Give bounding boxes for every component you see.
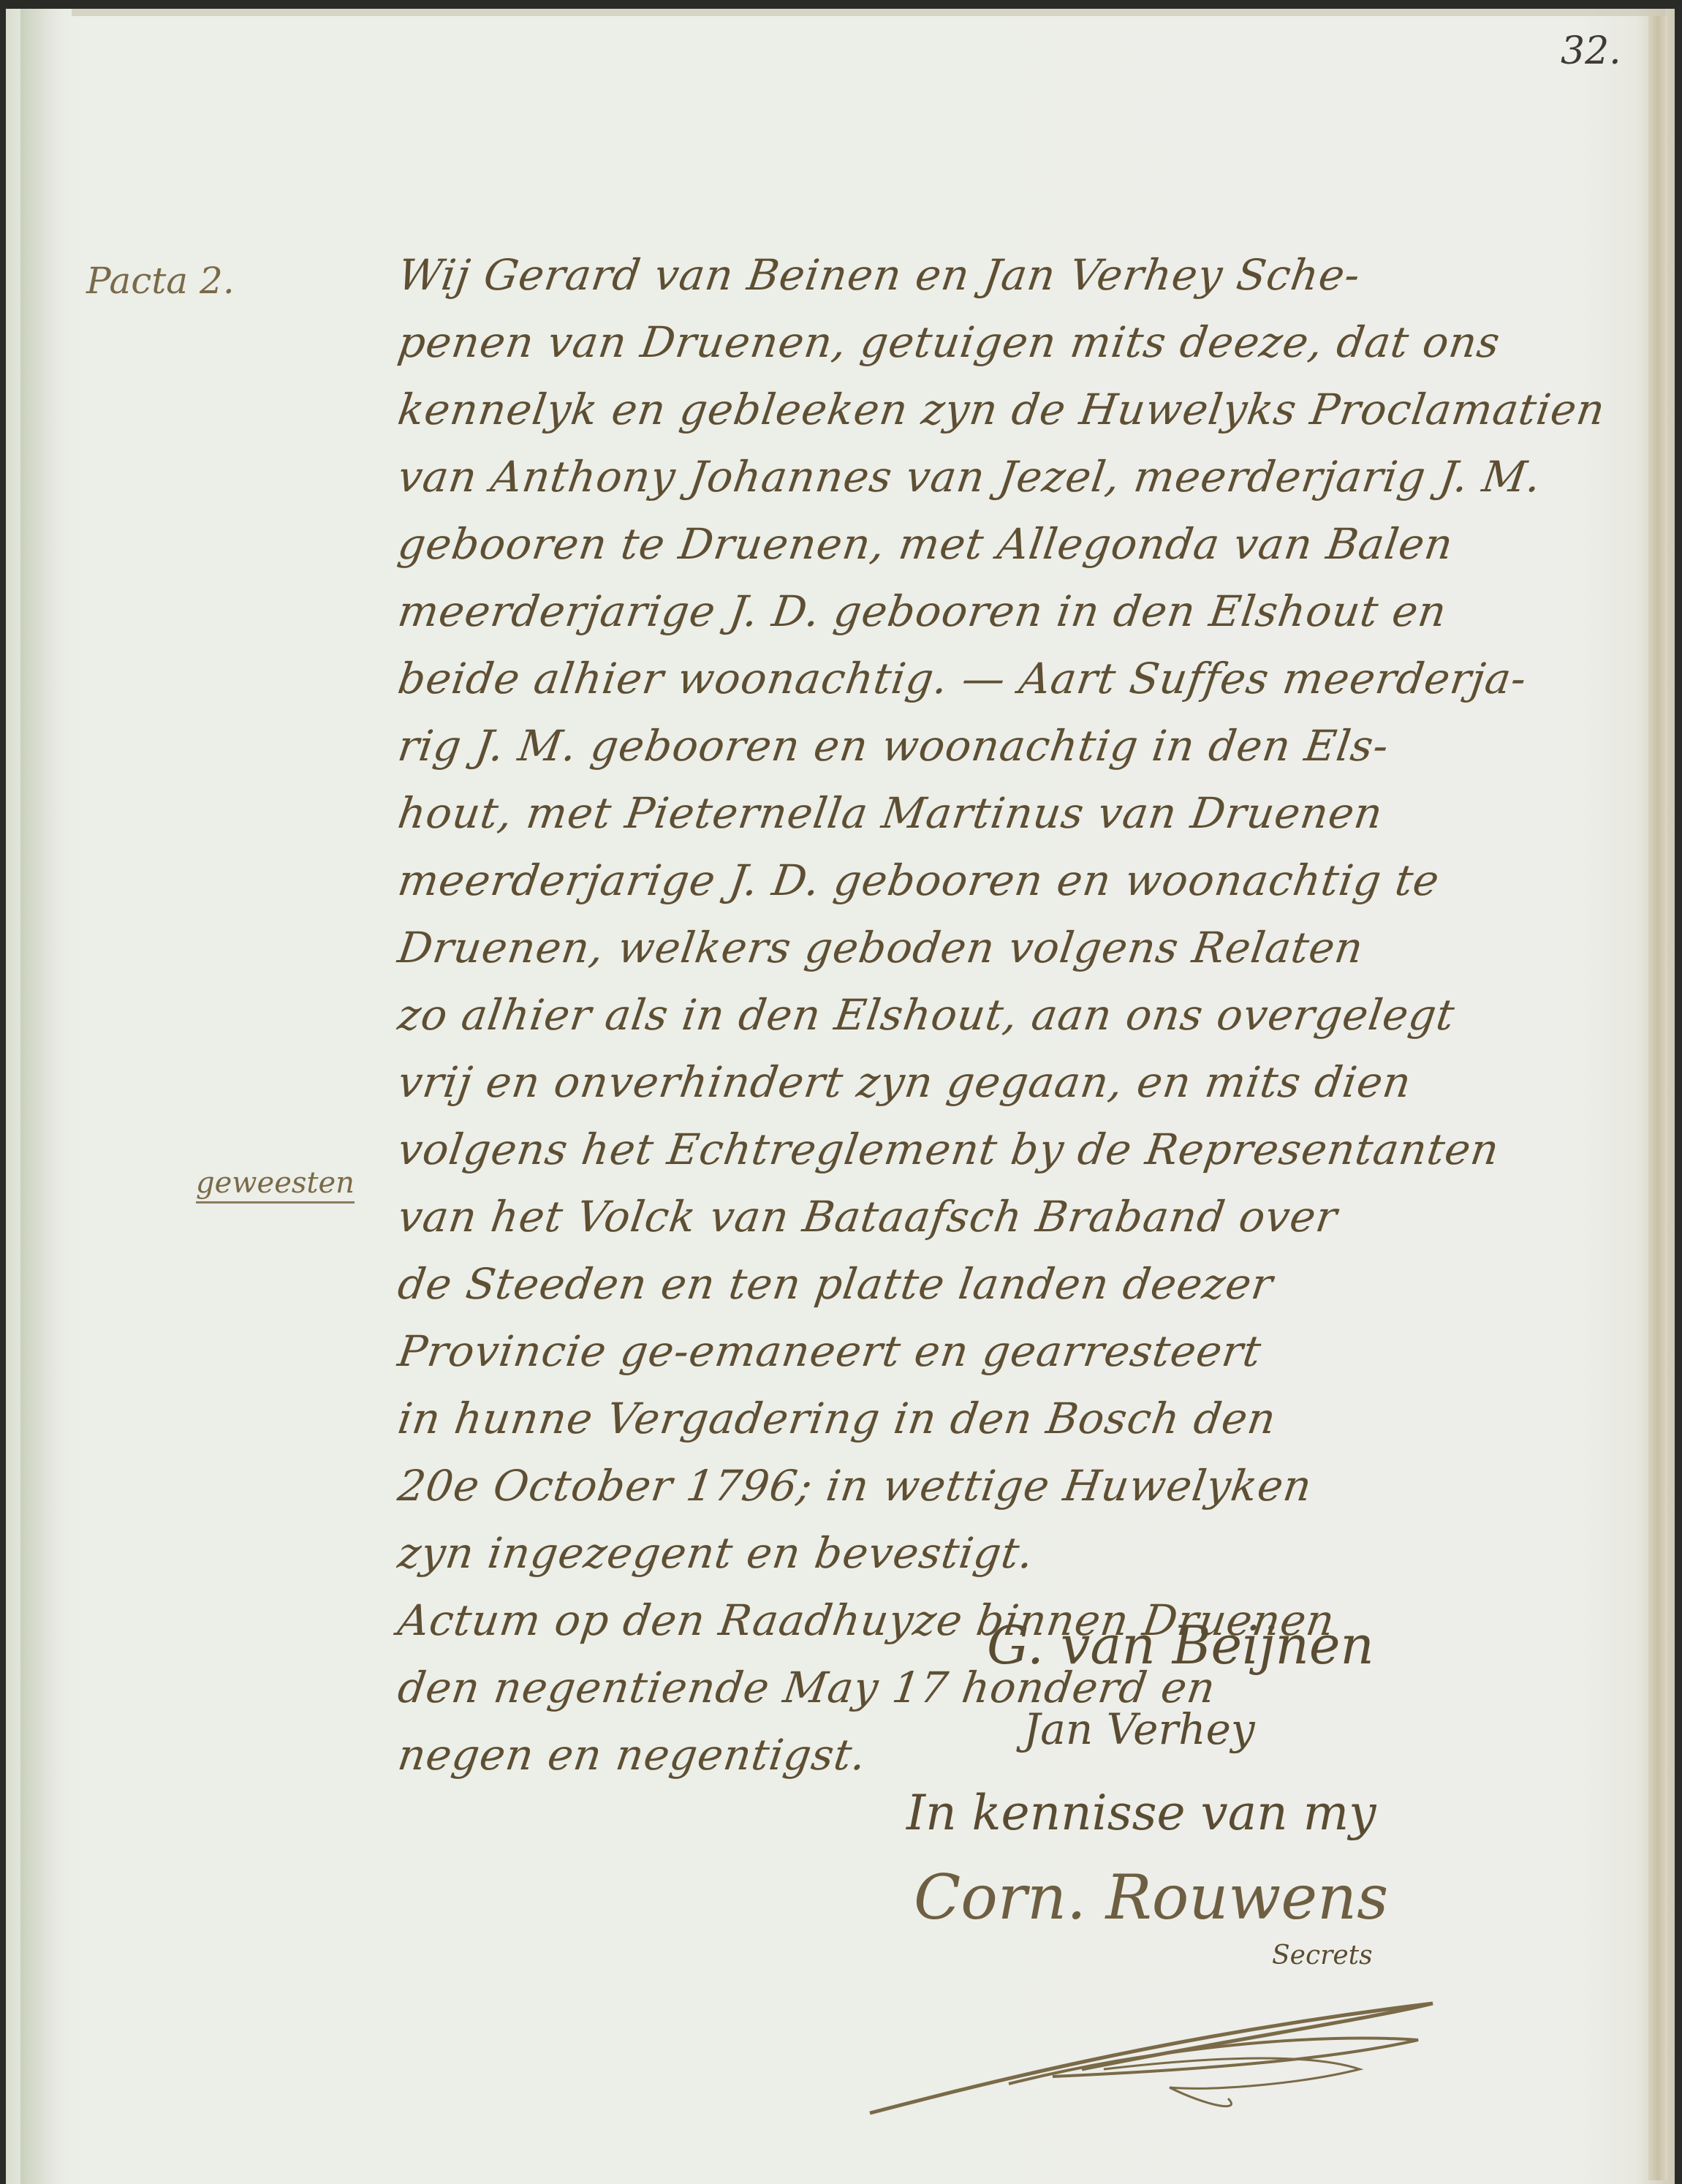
text-line: meerderjarige J. D. gebooren en woonacht… [394,847,1602,914]
text-line: meerderjarige J. D. gebooren in den Elsh… [394,578,1602,645]
text-line: vrij en onverhindert zyn gegaan, en mits… [394,1048,1602,1116]
margin-label: Pacta 2. [86,260,235,302]
binding-gutter [20,9,64,2184]
text-line: zo alhier als in den Elshout, aan ons ov… [394,981,1602,1048]
text-line: van Anthony Johannes van Jezel, meerderj… [394,443,1602,510]
text-line: Provincie ge-emaneert en gearresteert [394,1318,1602,1385]
text-line: hout, met Pieternella Martinus van Druen… [394,779,1602,847]
signature-witness-1: G. van Beijnen [987,1601,1637,1689]
page-top-edge [72,9,1665,16]
record-body: Wij Gerard van Beinen en Jan Verhey Sche… [398,241,1597,1788]
secretary-title: Secrets [1272,1938,1637,1974]
attestation-line: In kennisse van my [906,1769,1637,1857]
text-line: Druenen, welkers geboden volgens Relaten [394,914,1602,981]
text-line: van het Volck van Bataafsch Braband over [394,1183,1602,1250]
signature-block: G. van Beijnen Jan Verhey In kennisse va… [906,1601,1637,1974]
text-line: rig J. M. gebooren en woonachtig in den … [394,712,1602,779]
page-number: 32. [1561,29,1621,73]
text-line: zyn ingezegent en bevestigt. [394,1519,1602,1587]
page-fore-edge [1648,16,1667,2180]
signature-secretary: Corn. Rouwens [914,1857,1637,1938]
text-line: kennelyk en gebleeken zyn de Huwelyks Pr… [394,376,1602,443]
text-line: volgens het Echtreglement by de Represen… [394,1116,1602,1183]
signature-witness-2: Jan Verhey [1023,1689,1637,1769]
text-line: in hunne Vergadering in den Bosch den [394,1385,1602,1452]
text-line: de Steeden en ten platte landen deezer [394,1250,1602,1318]
text-line: penen van Druenen, getuigen mits deeze, … [394,309,1602,376]
text-line: gebooren te Druenen, met Allegonda van B… [394,510,1602,578]
margin-insertion: geweesten [196,1166,355,1204]
signature-flourish-icon [863,1989,1462,2120]
text-line: 20e October 1796; in wettige Huwelyken [394,1452,1602,1519]
text-line: Wij Gerard van Beinen en Jan Verhey Sche… [394,241,1602,309]
text-line: beide alhier woonachtig. — Aart Suffes m… [394,645,1602,712]
